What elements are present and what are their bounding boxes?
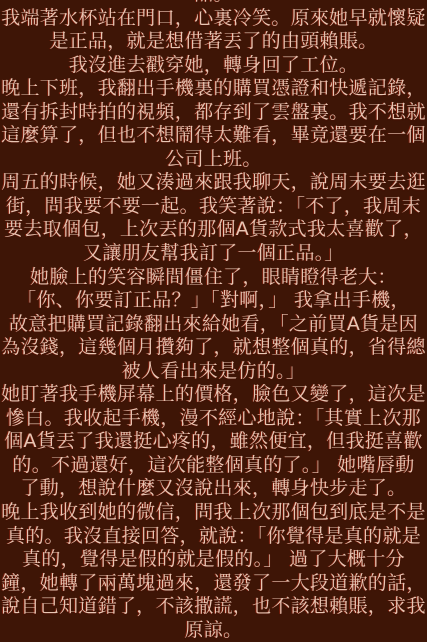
text-line: 她盯著我手機屏幕上的價格，臉色又變了，這次是	[0, 383, 427, 407]
reader-lines: 我端著水杯站在門口，心裏冷笑。原來她早就懷疑是正品，就是想借著丟了的由頭賴賬。我…	[0, 7, 427, 642]
text-line: 鐘，她轉了兩萬塊過來，還發了一大段道歉的話，	[0, 572, 427, 596]
text-line: 「你、你要訂正品？」「對啊，」 我拿出手機，	[0, 289, 427, 313]
text-line: 的。不過還好，這次能整個真的了。」 她嘴唇動	[0, 454, 427, 478]
text-line: 晚上下班，我翻出手機裏的購買憑證和快遞記錄，	[0, 77, 427, 101]
text-line: 她臉上的笑容瞬間僵住了，眼睛瞪得老大：	[0, 266, 427, 290]
text-line: 還有拆封時拍的視頻，都存到了雲盤裏。我不想就	[0, 101, 427, 125]
text-line: 慘白。我收起手機，漫不經心地說：「其實上次那	[0, 407, 427, 431]
text-line: 了動，想說什麼又沒說出來，轉身快步走了。	[0, 477, 427, 501]
text-line: 為沒錢，這幾個月攢夠了，就想整個真的，省得總	[0, 336, 427, 360]
text-line: 是正品，就是想借著丟了的由頭賴賬。	[0, 30, 427, 54]
text-line: 我沒進去戳穿她，轉身回了工位。	[0, 54, 427, 78]
text-line: 公司上班。	[0, 148, 427, 172]
text-line: 原諒。	[0, 619, 427, 642]
reader-page[interactable]: 品。 我端著水杯站在門口，心裏冷笑。原來她早就懷疑是正品，就是想借著丟了的由頭賴…	[0, 0, 427, 642]
text-line: 真的。我沒直接回答，就說：「你覺得是真的就是	[0, 525, 427, 549]
text-line: 真的，覺得是假的就是假的。」 過了大概十分	[0, 548, 427, 572]
text-line: 要去取個包，上次丟的那個A貨款式我太喜歡了，	[0, 218, 427, 242]
text-line: 我端著水杯站在門口，心裏冷笑。原來她早就懷疑	[0, 7, 427, 31]
text-line: 這麼算了，但也不想鬧得太難看，畢竟還要在一個	[0, 124, 427, 148]
text-line: 晚上我收到她的微信，問我上次那個包到底是不是	[0, 501, 427, 525]
text-line: 被人看出來是仿的。」	[0, 360, 427, 384]
text-line: 個A貨丟了我還挺心疼的，雖然便宜，但我挺喜歡	[0, 430, 427, 454]
text-line: 說自己知道錯了，不該撒謊，也不該想賴賬，求我	[0, 595, 427, 619]
text-line: 周五的時候，她又湊過來跟我聊天，說周末要去逛	[0, 171, 427, 195]
text-line: 故意把購買記錄翻出來給她看，「之前買A貨是因	[0, 313, 427, 337]
text-line: 街，問我要不要一起。我笑著說：「不了，我周末	[0, 195, 427, 219]
reader-text: 品。 我端著水杯站在門口，心裏冷笑。原來她早就懷疑是正品，就是想借著丟了的由頭賴…	[0, 0, 427, 642]
text-line: 又讓朋友幫我訂了一個正品。」	[0, 242, 427, 266]
